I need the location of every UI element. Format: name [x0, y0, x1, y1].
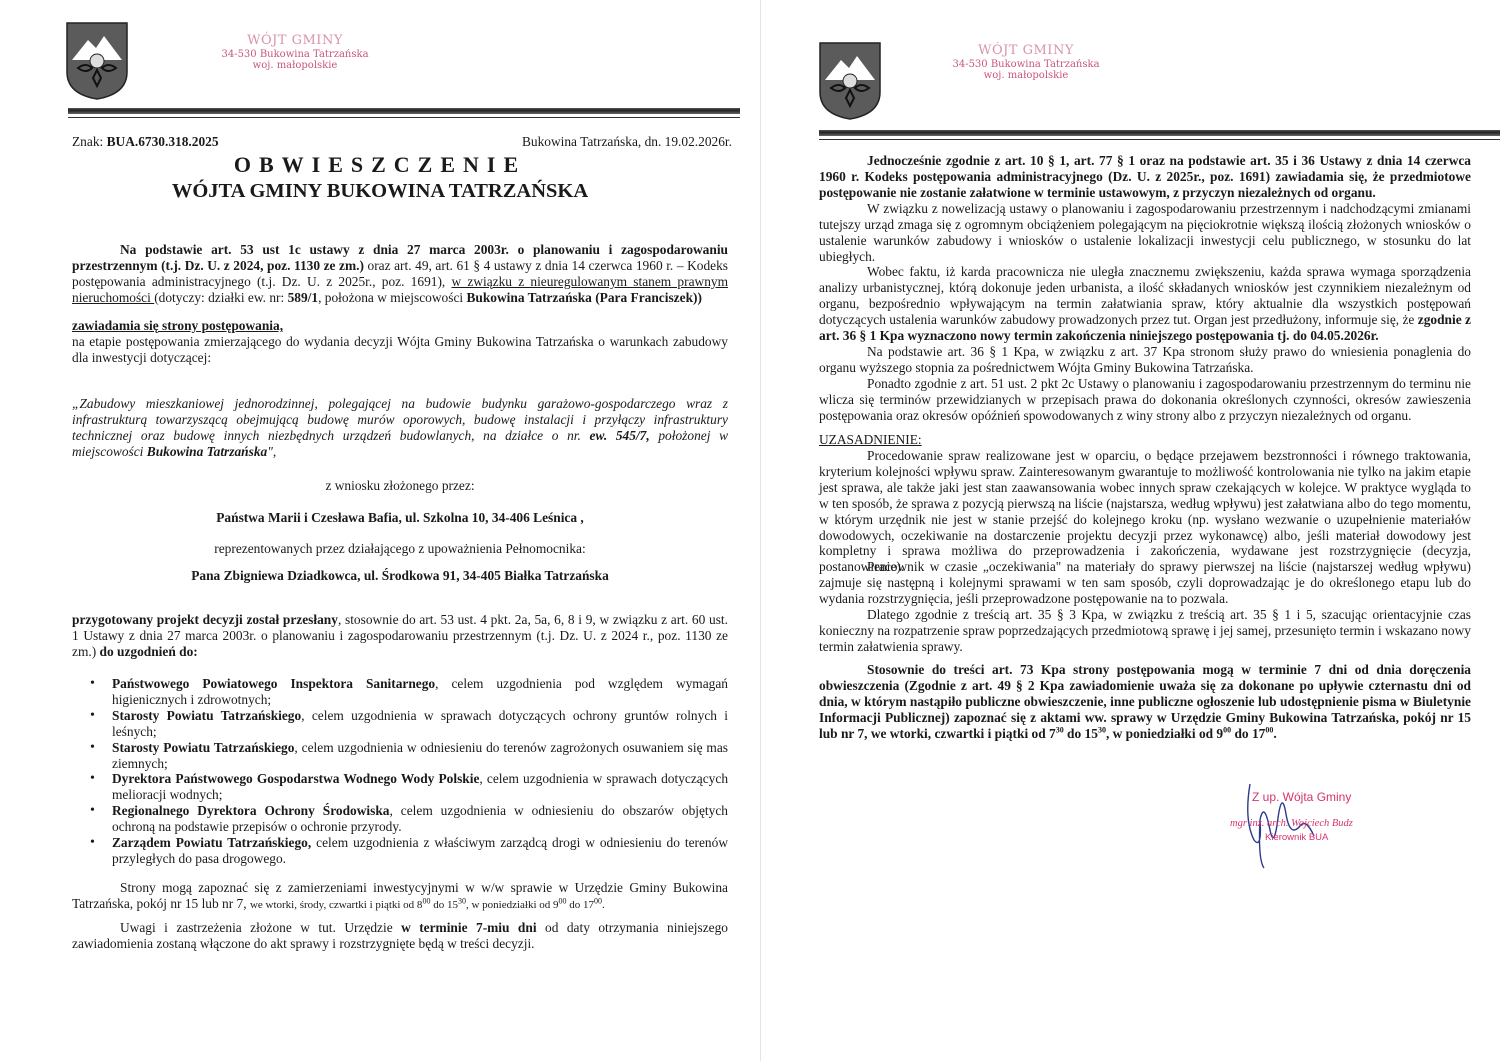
remarks-deadline: w terminie 7-miu dni — [401, 920, 536, 935]
list-item: Dyrektora Państwowego Gospodarstwa Wodne… — [82, 771, 728, 803]
access-paragraph: Strony mogą zapoznać się z zamierzeniami… — [72, 880, 728, 914]
access-text-5: do 17 — [567, 899, 595, 911]
agreement-authority: Państwowego Powiatowego Inspektora Sanit… — [112, 676, 435, 691]
notify-text: na etapie postępowania zmierzającego do … — [72, 334, 728, 366]
project-bold-1: przygotowany projekt decyzji został prze… — [72, 612, 338, 627]
stamp-line-3: woj. małopolskie — [931, 70, 1121, 82]
project-paragraph: przygotowany projekt decyzji został prze… — [72, 612, 728, 660]
access-text-6: . — [602, 899, 605, 911]
access-text-2: we wtorki, środy, czwartki i piątki od 8 — [250, 899, 423, 911]
list-item: Państwowego Powiatowego Inspektora Sanit… — [82, 676, 728, 708]
remarks-text-1: Uwagi i zastrzeżenia złożone w tut. Urzę… — [120, 920, 401, 935]
reference-label: Znak: — [72, 134, 103, 149]
document-subtitle: WÓJTA GMINY BUKOWINA TATRZAŃSKA — [0, 180, 760, 203]
final-text-4: do 17 — [1231, 726, 1265, 741]
project-bold-2: do uzgodnień do: — [100, 644, 198, 659]
header-rule — [68, 108, 740, 114]
justification-1: Procedowanie spraw realizowane jest w op… — [819, 448, 1471, 575]
investment-description: „Zabudowy mieszkaniowej jednorodzinnej, … — [72, 396, 728, 460]
office-stamp: WÓJT GMINY 34-530 Bukowina Tatrzańska wo… — [200, 34, 390, 72]
stamp-line-2: 34-530 Bukowina Tatrzańska — [931, 59, 1121, 71]
sup: 30 — [1056, 725, 1064, 734]
signature-line-1: Z up. Wójta Gminy — [1252, 790, 1351, 804]
parcel-number: 589/1 — [288, 290, 319, 305]
list-item: Starosty Powiatu Tatrzańskiego, celem uz… — [82, 740, 728, 772]
intro-paragraph: Na podstawie art. 53 ust 1c ustawy z dni… — [72, 242, 728, 306]
list-item: Regionalnego Dyrektora Ochrony Środowisk… — [82, 803, 728, 835]
reference-number: Znak: BUA.6730.318.2025 — [72, 134, 219, 150]
document-page-right: WÓJT GMINY 34-530 Bukowina Tatrzańska wo… — [760, 0, 1500, 1061]
investment-location: Bukowina Tatrzańska — [147, 444, 267, 459]
notify-heading: zawiadamia się strony postępowania, — [72, 318, 283, 334]
final-text-5: . — [1273, 726, 1276, 741]
signature-title: Kierownik BUA — [1265, 832, 1328, 843]
sup: 00 — [594, 896, 602, 905]
workload-text: Wobec faktu, iż karda pracownicza nie ul… — [819, 264, 1471, 327]
list-item: Starosty Powiatu Tatrzańskiego, celem uz… — [82, 708, 728, 740]
agreement-authority: Starosty Powiatu Tatrzańskiego — [112, 740, 294, 755]
applicant: Państwa Marii i Czesława Bafia, ul. Szko… — [72, 510, 728, 526]
signature-stamp: Z up. Wójta Gminy mgr inż. arch. Wojciec… — [1230, 780, 1390, 870]
access-hours: we wtorki, środy, czwartki i piątki od 8… — [250, 899, 605, 911]
paragraph-reminder-right: Na podstawie art. 36 § 1 Kpa, w związku … — [819, 344, 1471, 376]
agreement-authority: Dyrektora Państwowego Gospodarstwa Wodne… — [112, 771, 479, 786]
paragraph-exclusions: Ponadto zgodnie z art. 51 ust. 2 pkt 2c … — [819, 376, 1471, 424]
access-text-4: , w poniedziałki od 9 — [466, 899, 559, 911]
stamp-line-1: WÓJT GMINY — [200, 34, 390, 49]
delay-notice: Jednocześnie zgodnie z art. 10 § 1, art.… — [819, 153, 1471, 201]
investment-parcel: ew. 545/7, — [590, 428, 650, 443]
sup: 30 — [1098, 725, 1106, 734]
coat-of-arms-icon — [819, 42, 881, 120]
header-rule-thin — [819, 139, 1500, 140]
access-text-3: do 15 — [430, 899, 458, 911]
applicant-label: z wniosku złożonego przez: — [72, 478, 728, 494]
representative-label: reprezentowanych przez działającego z up… — [72, 541, 728, 557]
remarks-paragraph: Uwagi i zastrzeżenia złożone w tut. Urzę… — [72, 920, 728, 952]
paragraph-workload: Wobec faktu, iż karda pracownicza nie ul… — [819, 264, 1471, 344]
representative: Pana Zbigniewa Dziadkowca, ul. Środkowa … — [72, 568, 728, 584]
agreement-authority: Regionalnego Dyrektora Ochrony Środowisk… — [112, 803, 390, 818]
agreement-authority: Zarządem Powiatu Tatrzańskiego, — [112, 835, 311, 850]
intro-location: Bukowina Tatrzańska (Para Franciszek)) — [466, 290, 701, 305]
stamp-line-1: WÓJT GMINY — [931, 44, 1121, 59]
office-stamp: WÓJT GMINY 34-530 Bukowina Tatrzańska wo… — [931, 44, 1121, 82]
justification-2: Pracownik w czasie „oczekiwania" na mate… — [819, 559, 1471, 607]
reference-value: BUA.6730.318.2025 — [107, 134, 219, 149]
justification-heading: UZASADNIENIE: — [819, 432, 922, 448]
list-item: Zarządem Powiatu Tatrzańskiego, celem uz… — [82, 835, 728, 867]
paragraph-amendment: W związku z nowelizacją ustawy o planowa… — [819, 201, 1471, 265]
intro-text-2: (dotyczy: działki ew. nr: — [154, 290, 287, 305]
final-text-2: do 15 — [1064, 726, 1098, 741]
agreements-list: Państwowego Powiatowego Inspektora Sanit… — [82, 676, 728, 867]
stamp-line-3: woj. małopolskie — [200, 60, 390, 72]
sup: 30 — [458, 896, 466, 905]
document-title: OBWIESZCZENIE — [0, 152, 760, 178]
document-page-left: WÓJT GMINY 34-530 Bukowina Tatrzańska wo… — [0, 0, 760, 1061]
final-notice: Stosownie do treści art. 73 Kpa strony p… — [819, 662, 1471, 742]
header-rule — [819, 130, 1500, 136]
stamp-line-2: 34-530 Bukowina Tatrzańska — [200, 49, 390, 61]
signature-name: mgr inż. arch. Wojciech Budz — [1230, 818, 1353, 829]
place-date: Bukowina Tatrzańska, dn. 19.02.2026r. — [522, 134, 732, 150]
intro-text-3: , położona w miejscowości — [318, 290, 466, 305]
agreement-authority: Starosty Powiatu Tatrzańskiego — [112, 708, 301, 723]
header-rule-thin — [68, 117, 740, 118]
final-text-3: , w poniedziałki od 9 — [1106, 726, 1223, 741]
sup: 00 — [1223, 725, 1231, 734]
justification-3: Dlatego zgodnie z treścią art. 35 § 3 Kp… — [819, 607, 1471, 655]
coat-of-arms-icon — [66, 22, 128, 100]
sup: 00 — [559, 896, 567, 905]
investment-text-3: ", — [267, 444, 276, 459]
